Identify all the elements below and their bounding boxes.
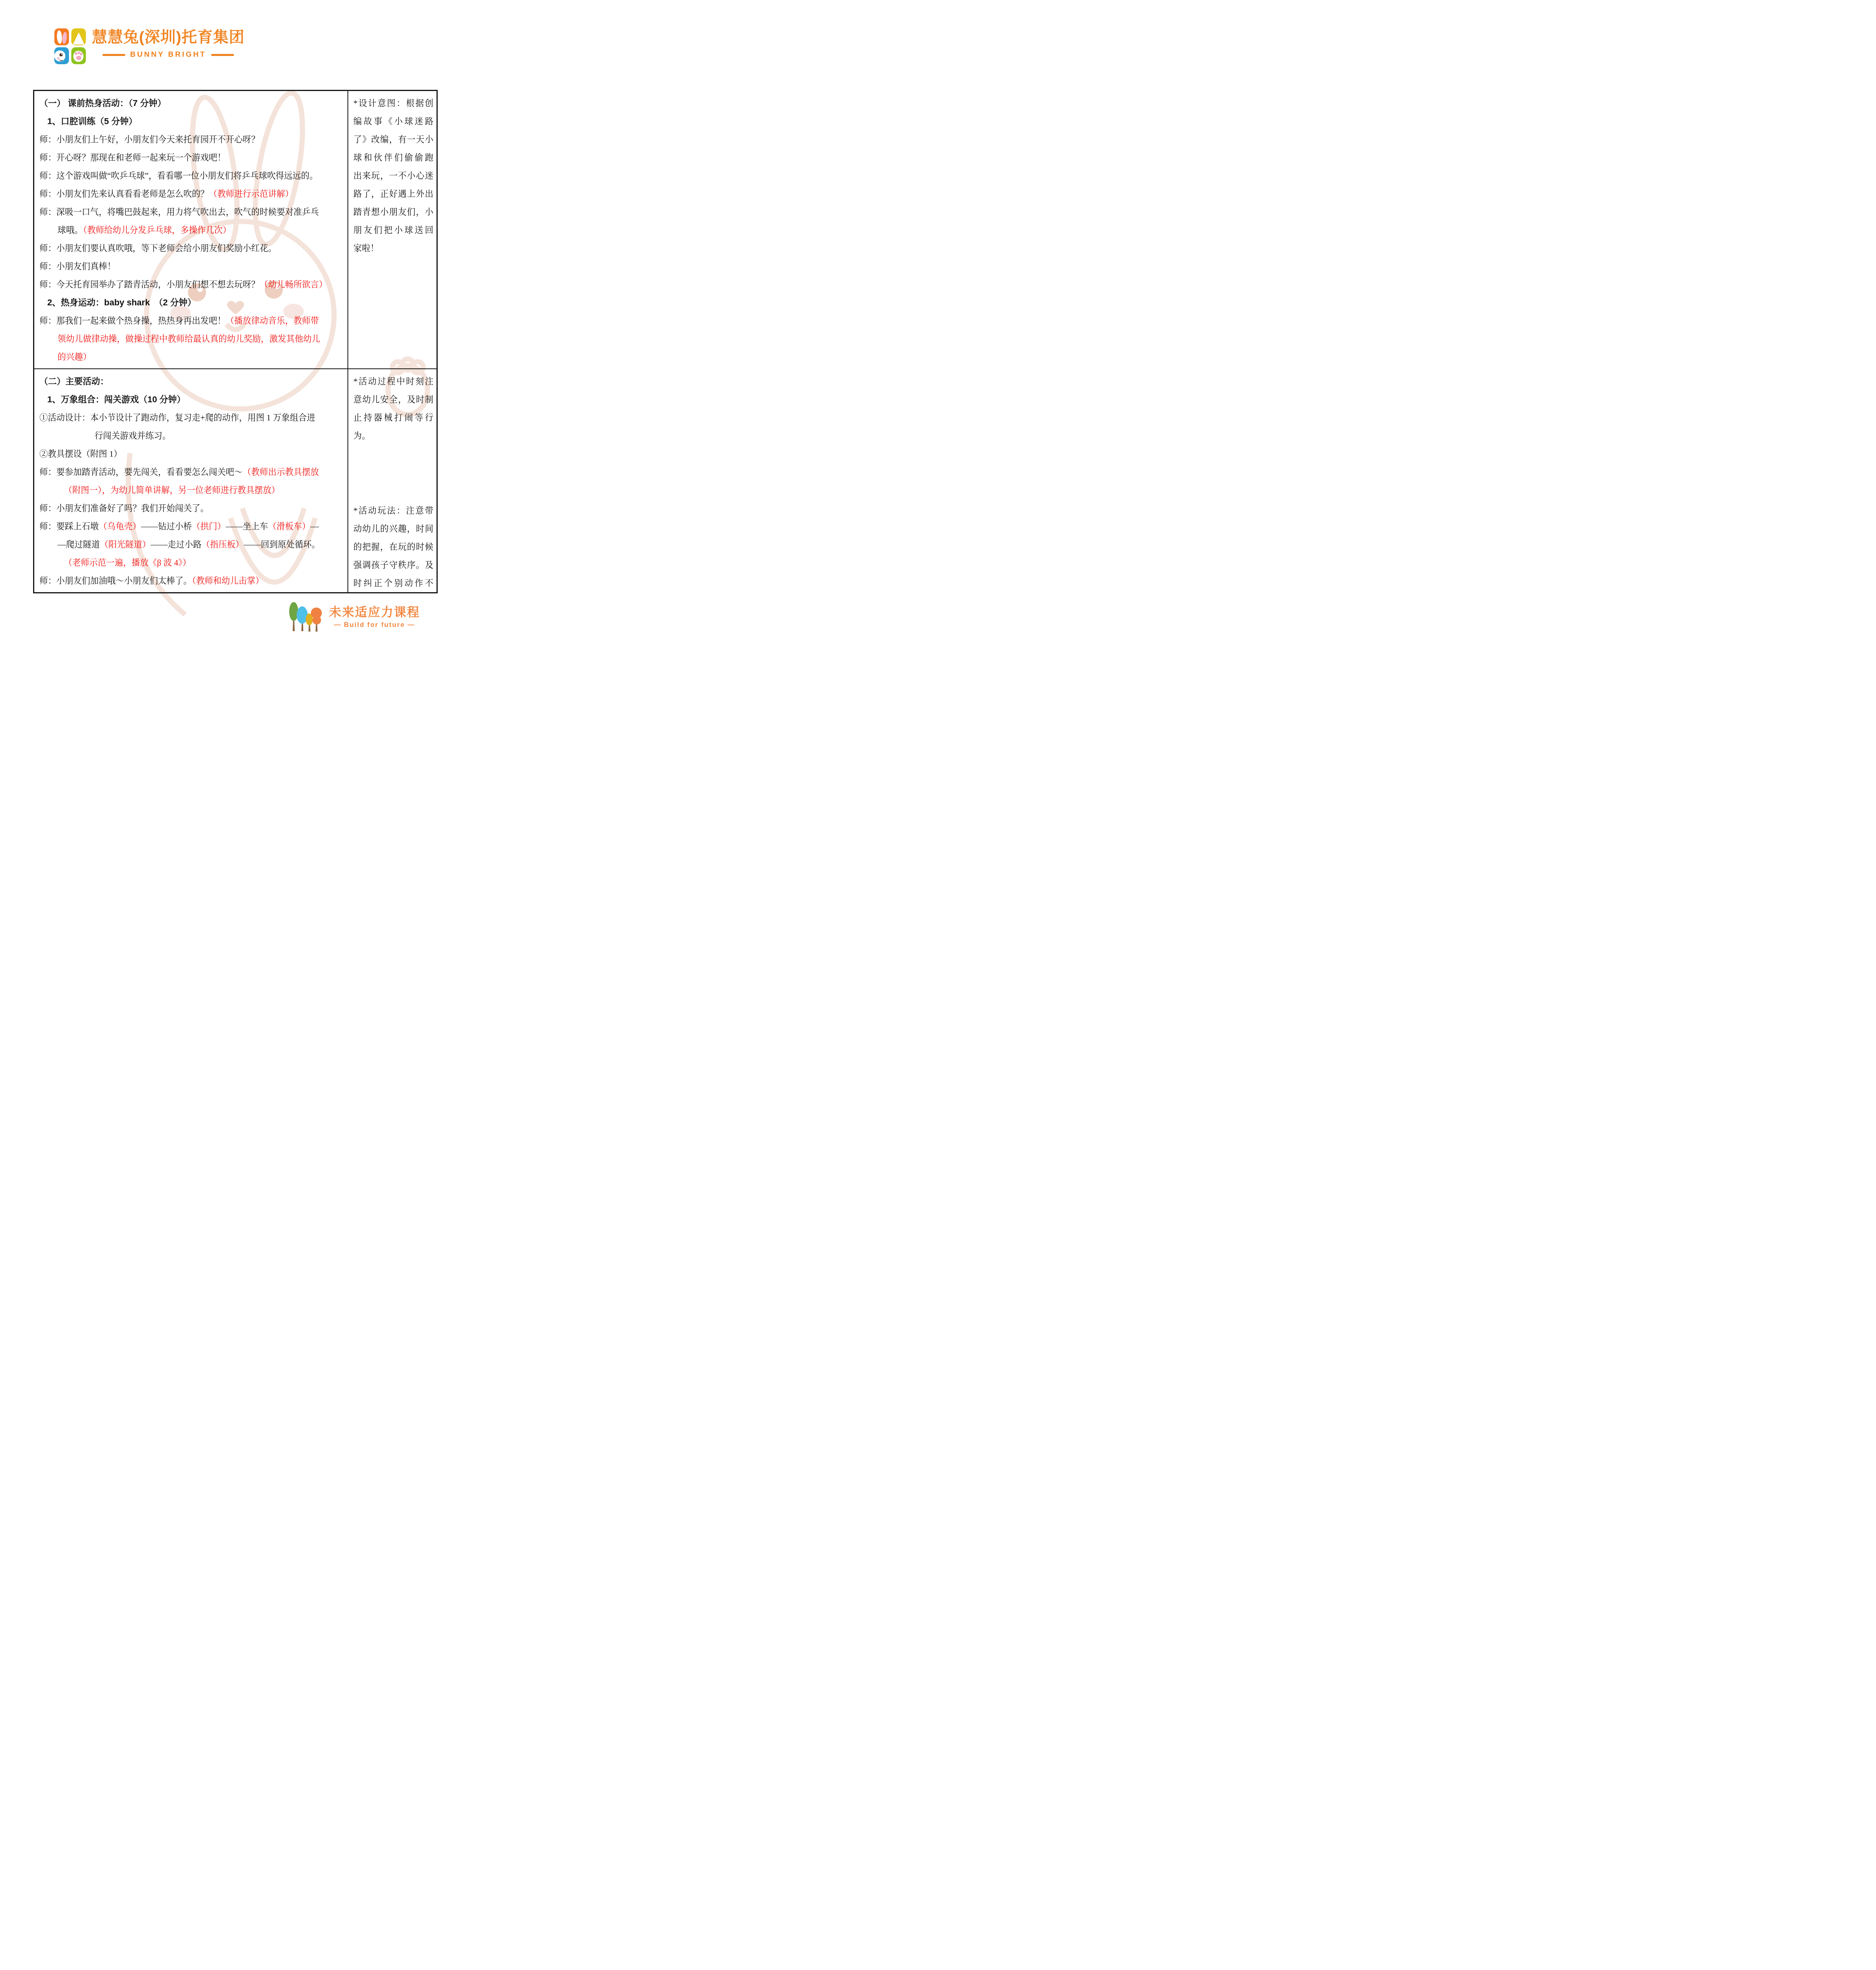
text-line: 编故事《小球迷路 <box>353 112 433 130</box>
text-line: 师：小朋友们先来认真看看老师是怎么吹的？（教师进行示范讲解） <box>39 185 345 203</box>
logo-subtitle: BUNNY BRIGHT <box>130 50 206 59</box>
text-line: （老师示范一遍，播放《β 波 4》） <box>39 554 345 572</box>
text-line: （二）主要活动： <box>39 372 345 390</box>
footer-title: 未来适应力课程 <box>329 605 420 619</box>
text-line: 师：小朋友们真棒！ <box>39 257 345 275</box>
text-line: 2、热身运动：baby shark （2 分钟） <box>39 294 345 312</box>
text-line: 的兴趣） <box>39 348 345 366</box>
text-line: 出来玩，一不小心迷 <box>353 167 433 185</box>
text-line: 朋友们把小球送回 <box>353 221 433 239</box>
text-line: 了》改编，有一天小 <box>353 130 433 149</box>
text-line: （附图一），为幼儿简单讲解，另一位老师进行教具摆放） <box>39 481 345 499</box>
footer-subtitle: — Build for future — <box>334 621 415 629</box>
cell-main-activities: （二）主要活动：1、万象组合：闯关游戏（10 分钟）①活动设计：本小节设计了跑动… <box>34 368 348 592</box>
text-line: 的把握，在玩的时候 <box>353 538 433 556</box>
text-line: 强调孩子守秩序。及 <box>353 556 433 574</box>
text-line: 师：今天托育园举办了踏青活动，小朋友们想不想去玩呀？（幼儿畅所欲言） <box>39 275 345 294</box>
footer-logo: 未来适应力课程 — Build for future — <box>289 601 420 633</box>
text-line: 止持器械打闹等行 <box>353 409 433 427</box>
text-line: 师：开心呀？那现在和老师一起来玩一个游戏吧！ <box>39 149 345 167</box>
text-line: 师：要踩上石墩（乌龟壳）——钻过小桥（拱门）——坐上车（滑板车）— <box>39 517 345 535</box>
text-line: 1、万象组合：闯关游戏（10 分钟） <box>39 390 345 409</box>
text-line: ①活动设计：本小节设计了跑动作，复习走+爬的动作，用图 1 万象组合进 <box>39 409 345 427</box>
text-line: 师：深吸一口气，将嘴巴鼓起来，用力将气吹出去，吹气的时候要对准乒乓 <box>39 203 345 221</box>
text-line: 家啦！ <box>353 239 433 257</box>
text-line: 踏青想小朋友们，小 <box>353 203 433 221</box>
text-line: 意幼儿安全，及时制 <box>353 390 433 409</box>
text-line: 为。 <box>353 427 433 445</box>
header-logo: 慧慧兔(深圳)托育集团 BUNNY BRIGHT <box>54 28 245 64</box>
text-line: 师：小朋友们准备好了吗？我们开始闯关了。 <box>39 499 345 517</box>
text-line: 师：小朋友们要认真吹哦，等下老师会给小朋友们奖励小红花。 <box>39 239 345 257</box>
text-line: 师：这个游戏叫做“吹乒乓球”，看看哪一位小朋友们将乒乓球吹得远远的。 <box>39 167 345 185</box>
bunny-logo-icon <box>54 28 86 64</box>
text-line: 师：小朋友们加油哦～小朋友们太棒了。（教师和幼儿击掌） <box>39 572 345 590</box>
text-line: ②教具摆设（附图 1） <box>39 445 345 463</box>
trees-logo-icon <box>289 601 323 633</box>
text-line: 球哦。（教师给幼儿分发乒乓球，多操作几次） <box>39 221 345 239</box>
text-line: 动幼儿的兴趣，时间 <box>353 520 433 538</box>
text-line: 领幼儿做律动操，做操过程中教师给最认真的幼儿奖励，激发其他幼儿 <box>39 330 345 348</box>
lesson-plan-table: （一） 课前热身活动：（7 分钟）1、口腔训练（5 分钟）师：小朋友们上午好，小… <box>33 90 438 593</box>
text-line: 师：那我们一起来做个热身操，热热身再出发吧！（播放律动音乐，教师带 <box>39 312 345 330</box>
cell-main-safety-notes: *活动过程中时刻注意幼儿安全，及时制止持器械打闹等行为。*活动玩法：注意带动幼儿… <box>348 368 436 592</box>
cell-warmup-design-notes: *设计意图：根据创编故事《小球迷路了》改编，有一天小球和伙伴们偷偷跑出来玩，一不… <box>348 91 436 368</box>
dash-line-icon <box>211 54 234 56</box>
text-line: 师：要参加踏青活动，要先闯关，看看要怎么闯关吧～（教师出示教具摆放 <box>39 463 345 481</box>
text-line: 1、口腔训练（5 分钟） <box>39 112 345 130</box>
text-line: 路了，正好遇上外出 <box>353 185 433 203</box>
document-page: 慧慧兔(深圳)托育集团 BUNNY BRIGHT （一） 课前热身活动：（7 分… <box>0 0 469 663</box>
dash-line-icon <box>102 54 125 56</box>
text-line: 球和伙伴们偷偷跑 <box>353 149 433 167</box>
text-line: *设计意图：根据创 <box>353 94 433 112</box>
cell-warmup-activities: （一） 课前热身活动：（7 分钟）1、口腔训练（5 分钟）师：小朋友们上午好，小… <box>34 91 348 368</box>
text-line: （一） 课前热身活动：（7 分钟） <box>39 94 345 112</box>
text-line: *活动玩法：注意带 <box>353 502 433 520</box>
text-line: —爬过隧道（阳光隧道）——走过小路（指压板）——回到原处循环。 <box>39 535 345 554</box>
text-line: *活动过程中时刻注 <box>353 372 433 390</box>
logo-title: 慧慧兔(深圳)托育集团 <box>92 28 245 46</box>
text-line: 行闯关游戏并练习。 <box>39 427 345 445</box>
text-line: 时纠正个别动作不 <box>353 574 433 592</box>
text-line: 师：小朋友们上午好，小朋友们今天来托育园开不开心呀？ <box>39 130 345 149</box>
